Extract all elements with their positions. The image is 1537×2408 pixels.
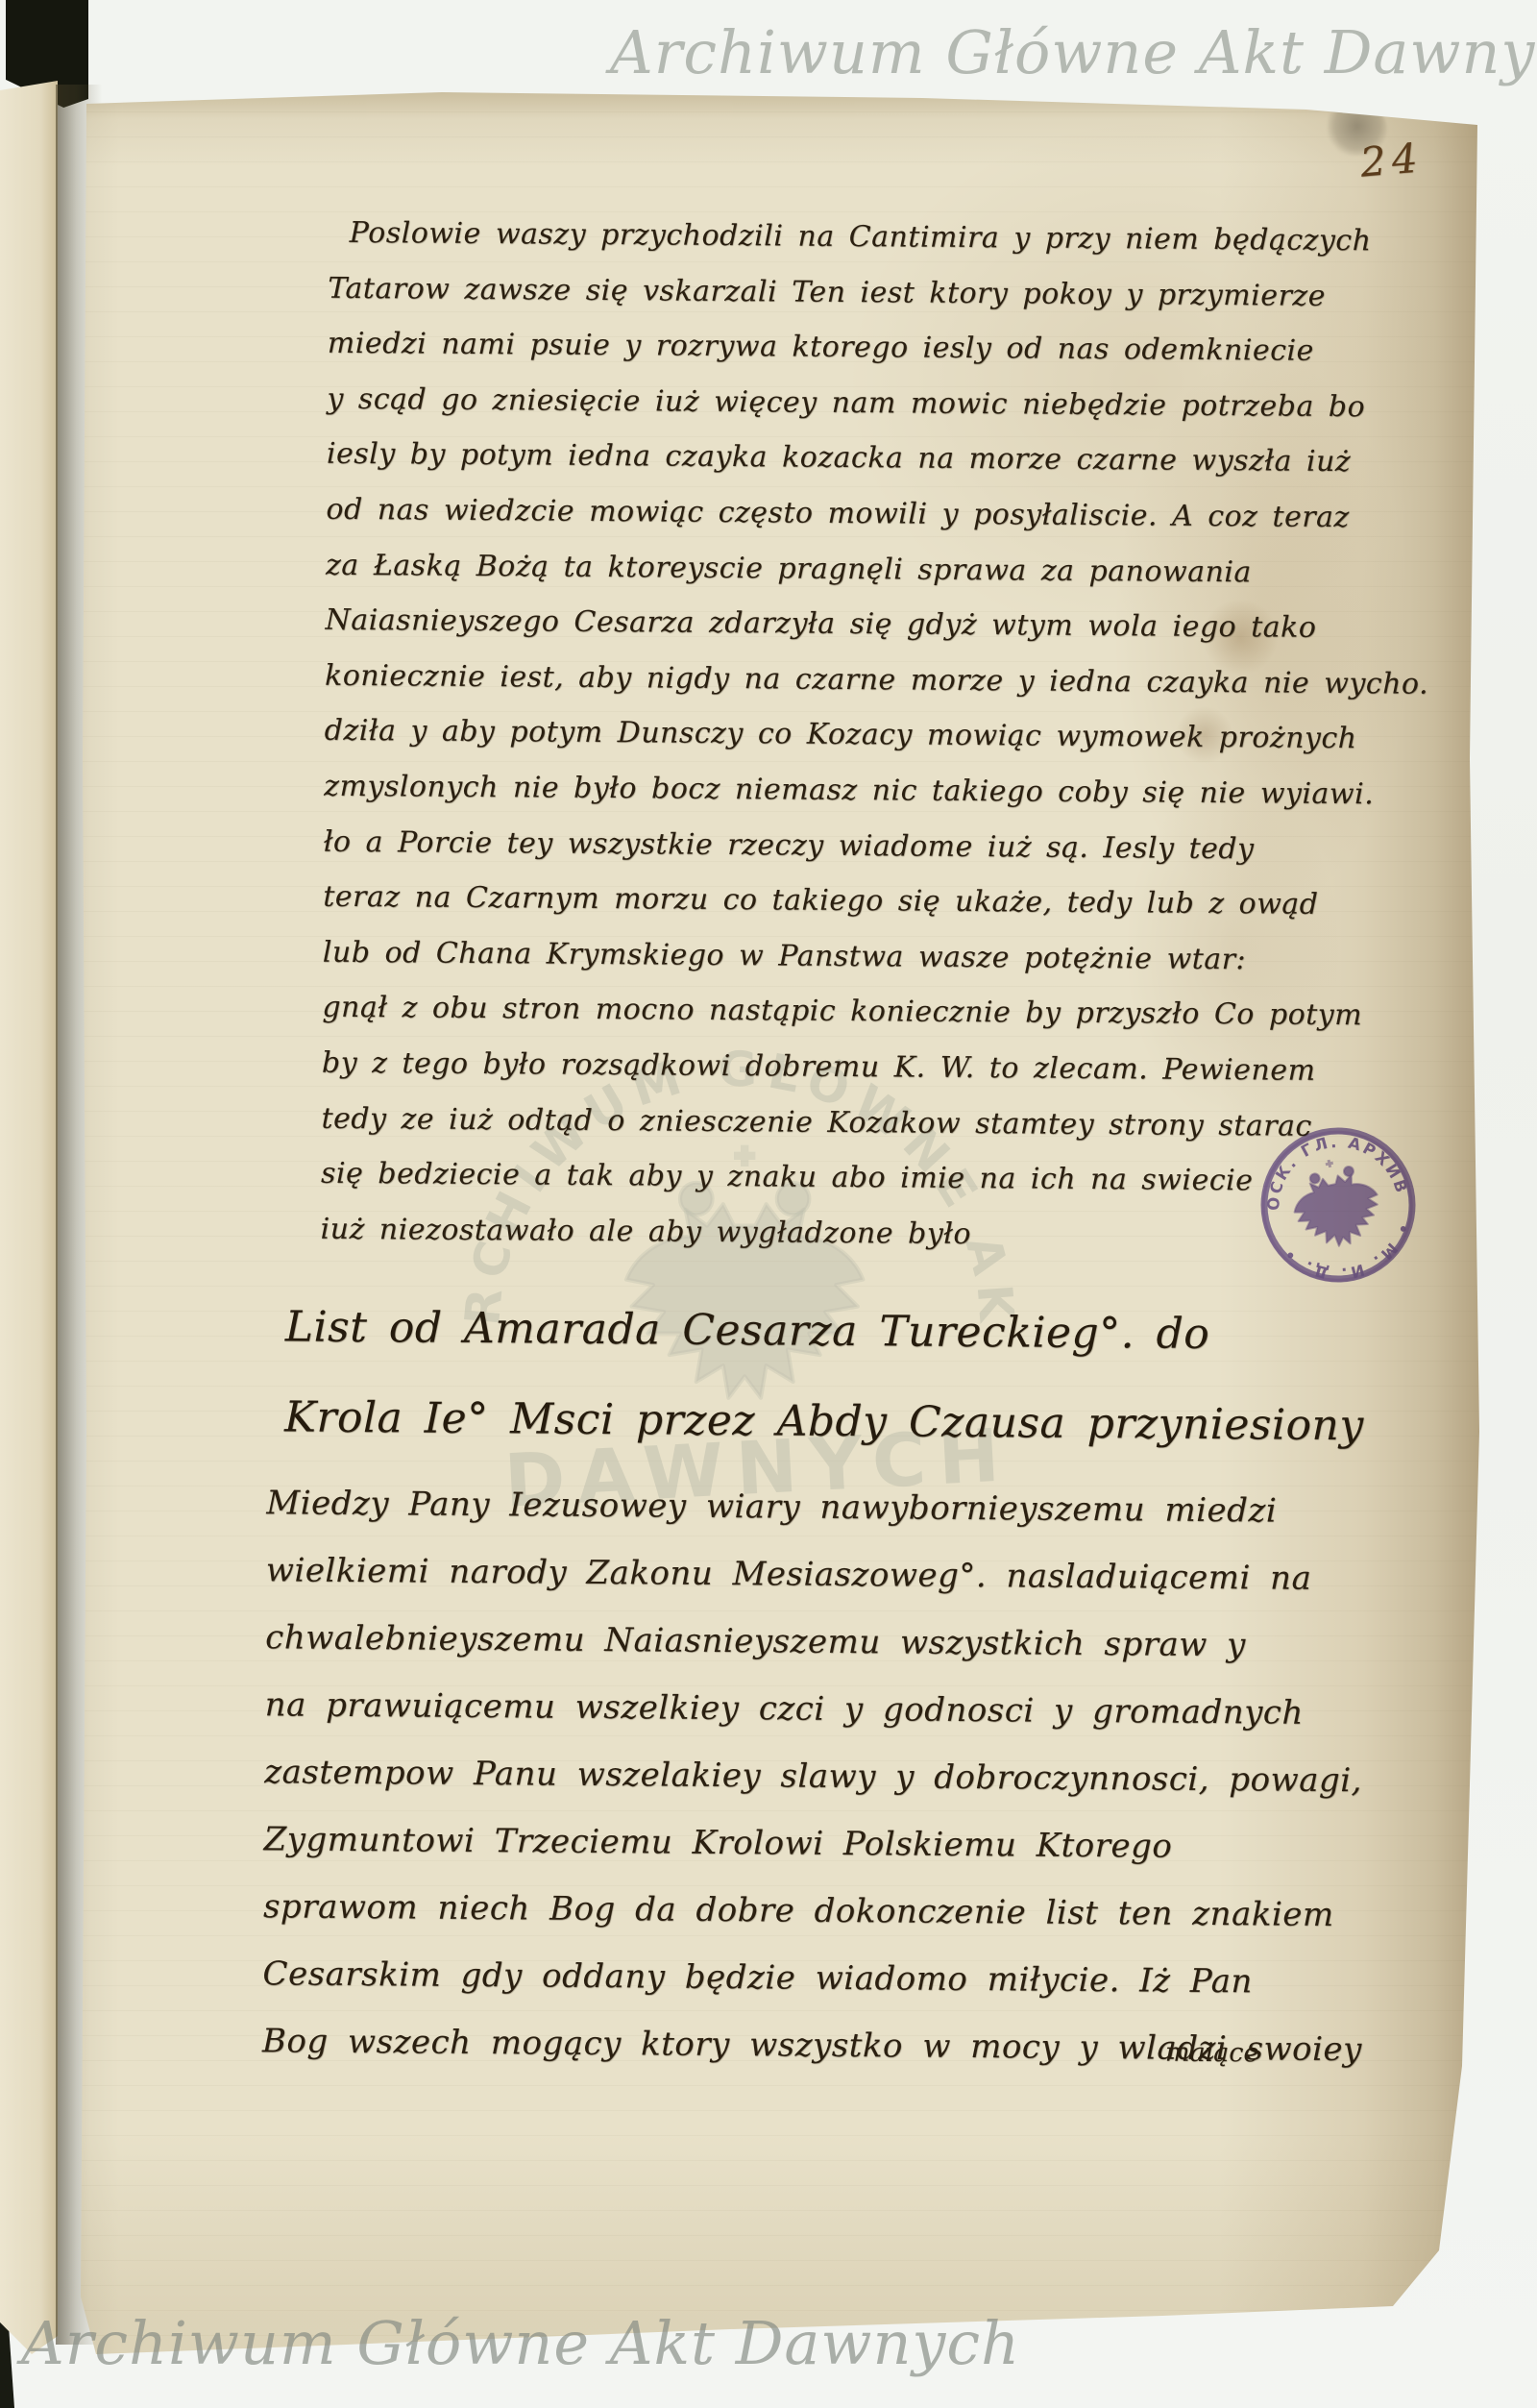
manuscript-line: od nas wiedzcie mowiąc często mowili y p… <box>326 482 1429 547</box>
manuscript-line: y scąd go zniesięcie iuż więcey nam mowi… <box>327 372 1430 436</box>
manuscript-line: Tatarow zawsze się vskarzali Ten iest kt… <box>328 260 1431 325</box>
heading-line: List od Amarada Cesarza Tureckieg°. do <box>284 1282 1364 1381</box>
manuscript-line: koniecznie iest, aby nigdy na czarne mor… <box>325 648 1428 712</box>
archive-watermark-bottom: Archiwum Główne Akt Dawnych <box>21 2308 1020 2378</box>
manuscript-line: Naiasnieyszego Cesarza zdarzyła się gdyż… <box>325 593 1428 657</box>
letter-heading: List od Amarada Cesarza Tureckieg°. doKr… <box>284 1282 1365 1471</box>
manuscript-line: ło a Porcie tey wszystkie rzeczy wiadome… <box>324 814 1427 878</box>
manuscript-line: za Łaską Bożą ta ktoreyscie pragnęli spr… <box>326 537 1429 602</box>
manuscript-line: sprawom niech Bog da dobre dokonczenie l… <box>263 1873 1363 1949</box>
manuscript-line: by z tego było rozsądkowi dobremu K. W. … <box>322 1036 1426 1100</box>
manuscript-line: teraz na Czarnym morzu co takiego się uk… <box>323 870 1427 934</box>
manuscript-line: Poslowie waszy przychodzili na Cantimira… <box>350 206 1432 269</box>
manuscript-line: zastempow Panu wszelakiey slawy y dobroc… <box>264 1738 1364 1814</box>
stamp-eagle-icon <box>1285 1151 1386 1253</box>
ink-specks <box>0 0 2 2</box>
manuscript-line: na prawuiącemu wszelkiey czci y godnosci… <box>264 1671 1364 1747</box>
manuscript-line: dziła y aby potym Dunsczy co Kozacy mowi… <box>324 703 1427 768</box>
paragraph-1: Poslowie waszy przychodzili na Cantimira… <box>320 206 1432 1265</box>
heading-line: Krola Ie° Msci przez Abdy Czausa przynie… <box>284 1372 1364 1471</box>
manuscript-line: miedzi nami psuie y rozrywa ktorego iesl… <box>328 316 1431 381</box>
manuscript-line: Miedzy Pany Iezusowey wiary nawybornieys… <box>266 1469 1366 1545</box>
manuscript-line: gnął z obu stron mocno nastąpic konieczn… <box>322 980 1426 1044</box>
manuscript-page: ARCHIWUM GŁÓWNE AKT DAWNYCH 24 Poslowie … <box>58 86 1491 2362</box>
manuscript-line: wielkiemi narody Zakonu Mesiaszoweg°. na… <box>266 1536 1366 1612</box>
manuscript-line: lub od Chana Krymskiego w Panstwa wasze … <box>323 924 1427 989</box>
manuscript-scan: Archiwum Główne Akt Dawnych ARCHIWUM GŁÓ… <box>0 0 1537 2408</box>
paragraph-2: Miedzy Pany Iezusowey wiary nawybornieys… <box>262 1469 1367 2083</box>
manuscript-line: zmyslonych nie było bocz niemasz nic tak… <box>324 759 1427 823</box>
manuscript-line: iesly by potym iedna czayka kozacka na m… <box>327 427 1430 491</box>
manuscript-line: Cesarskim gdy oddany będzie wiadomo miły… <box>262 1940 1362 2016</box>
catchword: maiące <box>1165 2038 1259 2069</box>
facing-page-edge <box>0 81 58 2354</box>
manuscript-line: Zygmuntowi Trzeciemu Krolowi Polskiemu K… <box>263 1806 1363 1881</box>
manuscript-line: chwalebnieyszemu Naiasnieyszemu wszystki… <box>265 1604 1365 1680</box>
archive-stamp: МОСК. ГЛ. АРХИВ. • М. И. Д. • <box>1240 1107 1436 1303</box>
archive-watermark-top: Archiwum Główne Akt Dawnych <box>610 17 1537 87</box>
